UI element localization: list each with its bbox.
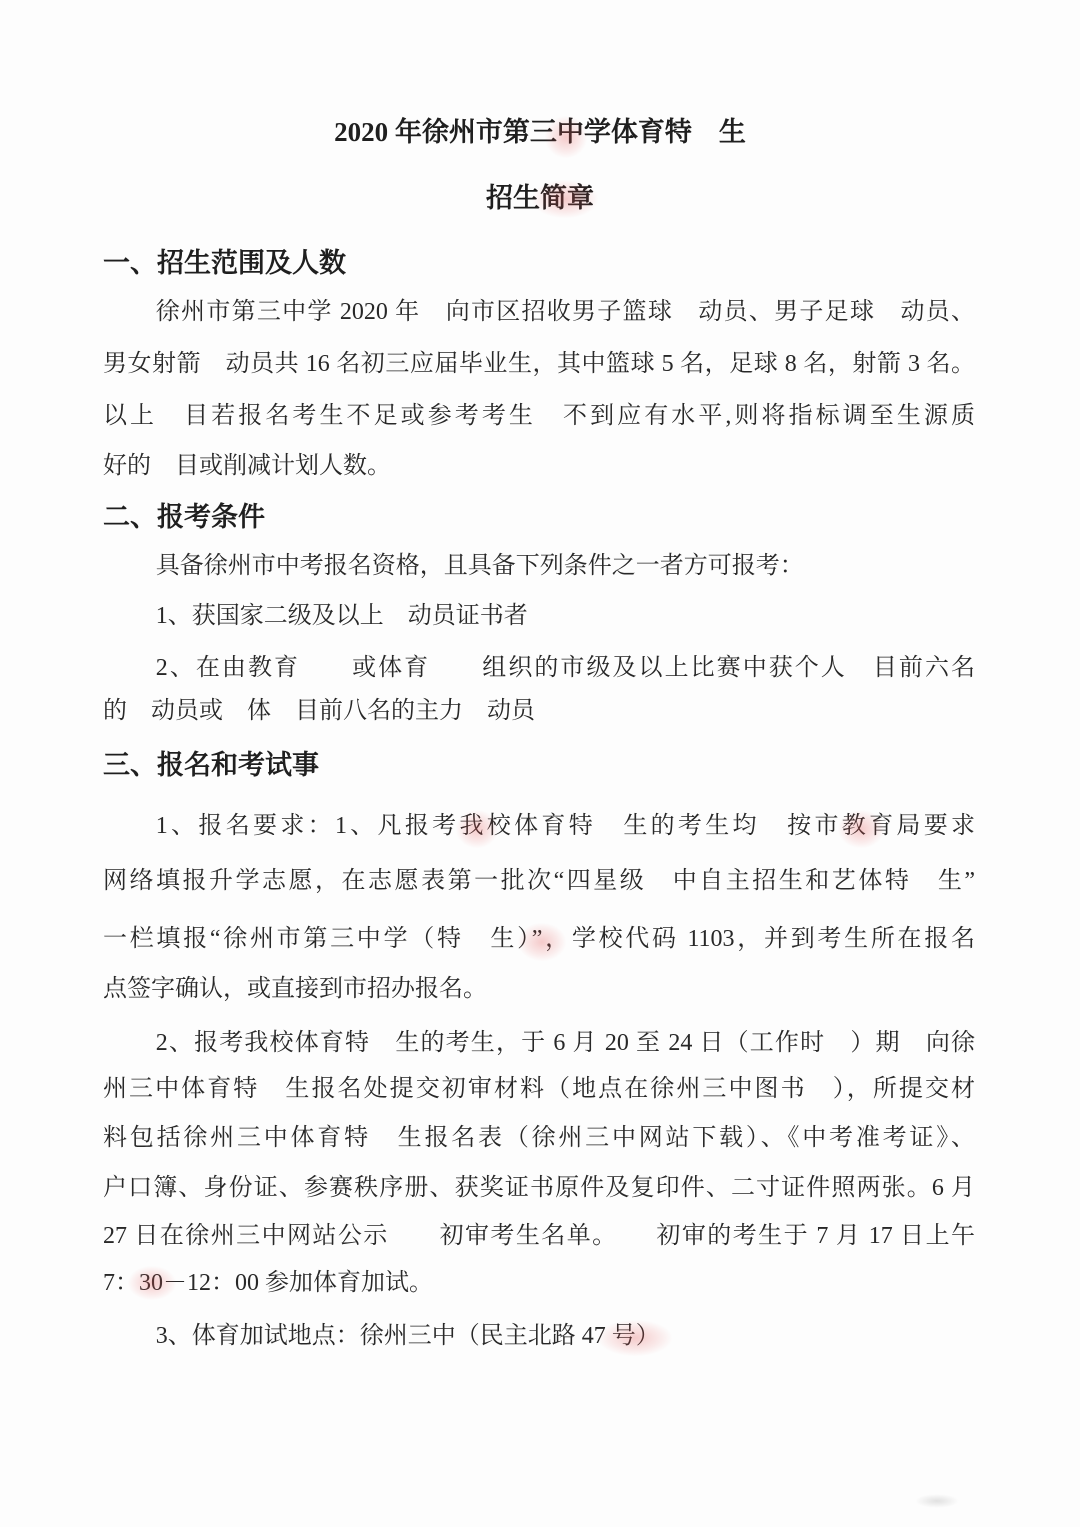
section-3-para-3-line-1: 3、体育加试地点：徐州三中（民主北路 47 号） (103, 1318, 975, 1354)
section-3-para-1-line-1: 1、报名要求：1、凡报考我校体育特 生的考生均 按市教育局要求 (103, 808, 975, 844)
section-3-para-2-line-4: 户口簿、身份证、参赛秩序册、获奖证书原件及复印件、二寸证件照两张。6 月 (103, 1170, 975, 1206)
section-2-line-2: 1、获国家二级及以上 动员证书者 (103, 598, 975, 634)
section-1-line-4: 好的 目或削减计划人数。 (103, 448, 975, 484)
section-3-para-2-line-6: 7：30－12：00 参加体育加试。 (103, 1265, 975, 1301)
section-2-line-3: 2、在由教育 或体育 组织的市级及以上比赛中获个人 目前六名 (103, 650, 975, 686)
section-3-para-1-line-3: 一栏填报“徐州市第三中学（特 生）”，学校代码 1103，并到考生所在报名 (103, 921, 975, 957)
document-subtitle: 招生简章 (0, 178, 1080, 218)
scanned-document-page: 2020 年徐州市第三中学体育特 生 招生简章 一、招生范围及人数 徐州市第三中… (0, 0, 1080, 1527)
document-title: 2020 年徐州市第三中学体育特 生 (0, 112, 1080, 152)
section-3-para-2-line-1: 2、报考我校体育特 生的考生，于 6 月 20 至 24 日（工作时 ）期 向徐 (103, 1025, 975, 1061)
section-1-line-3: 以上 目若报名考生不足或参考考生 不到应有水平,则将指标调至生源质 (103, 398, 975, 434)
gray-scan-smudge (915, 1494, 959, 1508)
section-3-para-2-line-2: 州三中体育特 生报名处提交初审材料（地点在徐州三中图书 ），所提交材 (103, 1071, 975, 1107)
section-3-para-1-line-4: 点签字确认，或直接到市招办报名。 (103, 971, 975, 1007)
section-3-para-1-line-2: 网络填报升学志愿，在志愿表第一批次“四星级 中自主招生和艺体特 生” (103, 863, 975, 899)
section-3-heading: 三、报名和考试事 (103, 746, 975, 784)
section-2-line-4: 的 动员或 体 目前八名的主力 动员 (103, 693, 975, 729)
section-1-line-1: 徐州市第三中学 2020 年 向市区招收男子篮球 动员、男子足球 动员、 (103, 294, 975, 330)
section-2-heading: 二、报考条件 (103, 498, 975, 536)
section-1-line-2: 男女射箭 动员共 16 名初三应届毕业生，其中篮球 5 名，足球 8 名，射箭 … (103, 346, 975, 382)
section-2-line-1: 具备徐州市中考报名资格，且具备下列条件之一者方可报考： (103, 548, 975, 584)
section-1-heading: 一、招生范围及人数 (103, 244, 975, 282)
section-3-para-2-line-3: 料包括徐州三中体育特 生报名表（徐州三中网站下载）、《中考准考证》、 (103, 1120, 975, 1156)
section-3-para-2-line-5: 27 日在徐州三中网站公示 初审考生名单。 初审的考生于 7 月 17 日上午 (103, 1218, 975, 1254)
